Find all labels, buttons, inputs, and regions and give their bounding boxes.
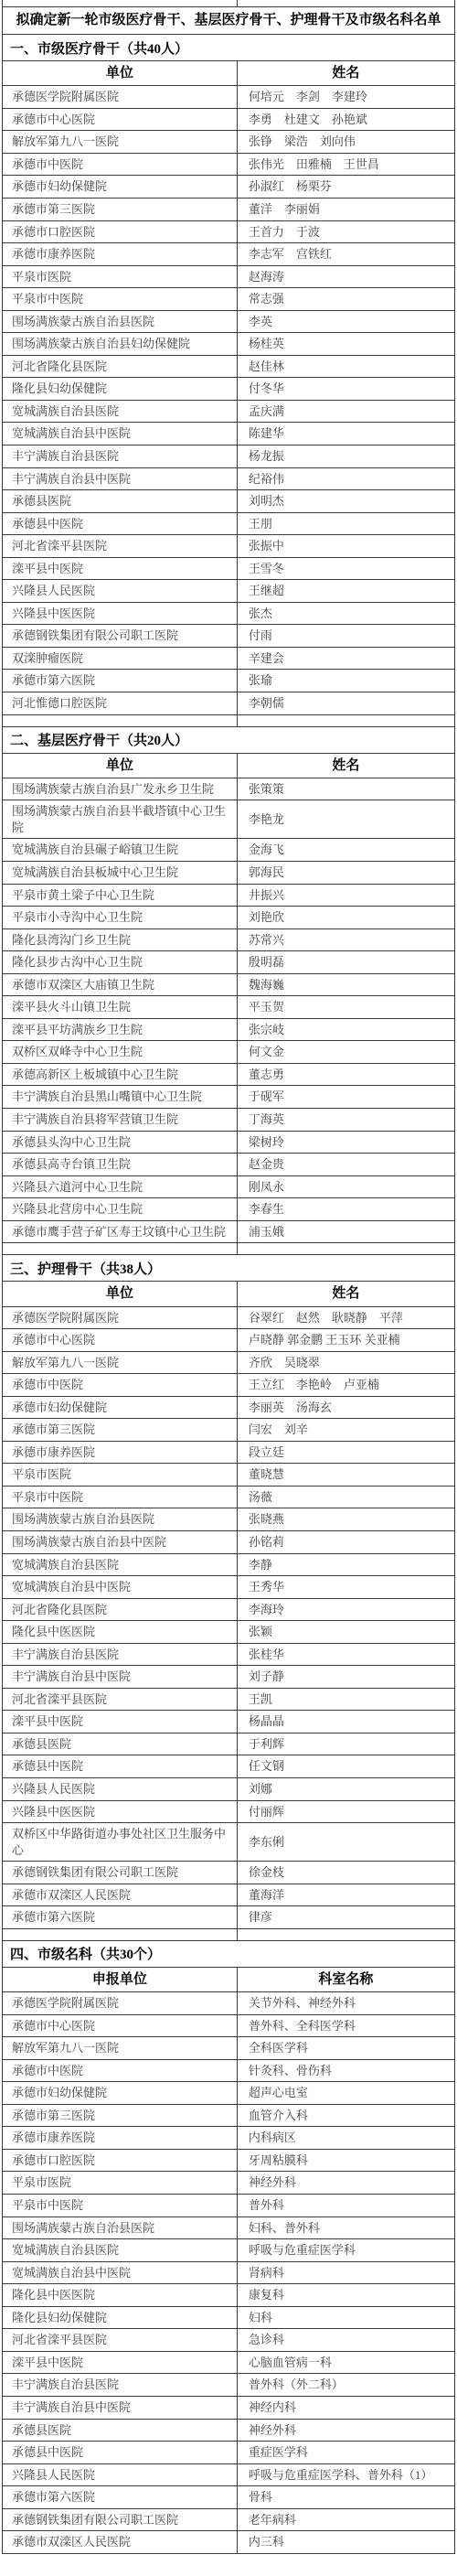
table-row: 丰宁满族自治县医院杨龙振 <box>3 445 454 468</box>
name-cell: 急诊科 <box>238 2329 454 2351</box>
unit-cell: 河北省隆化县医院 <box>3 1599 238 1621</box>
name-cell: 张桂华 <box>238 1644 454 1666</box>
unit-cell: 宽城满族自治县中医院 <box>3 2262 238 2284</box>
unit-cell: 滦平县中医院 <box>3 558 238 580</box>
table-row: 河北惟德口腔医院李朝儒 <box>3 692 454 715</box>
table-row: 围场满族蒙古族自治县医院李英 <box>3 311 454 334</box>
unit-column-header: 申报单位 <box>3 1968 238 1991</box>
unit-cell: 宽城满族自治县医院 <box>3 401 238 423</box>
spacer-name-cell <box>238 1243 454 1254</box>
name-cell: 梁树玲 <box>238 1132 454 1154</box>
unit-cell: 隆化县湾沟门乡卫生院 <box>3 929 238 951</box>
unit-cell: 承德市鹰手营子矿区寿王坟镇中心卫生院 <box>3 1221 238 1243</box>
unit-cell: 承德市中医院 <box>3 1374 238 1396</box>
unit-cell: 承德市双滦区大庙镇卫生院 <box>3 974 238 996</box>
table-row: 承德市中医院王立红 李艳岭 卢亚楠 <box>3 1374 454 1397</box>
name-cell: 任文钢 <box>238 1755 454 1777</box>
unit-cell: 围场满族蒙古族自治县中医院 <box>3 1531 238 1553</box>
table-row: 平泉市黄土梁子中心卫生院井振兴 <box>3 885 454 907</box>
name-cell: 孙铭莉 <box>238 1531 454 1553</box>
unit-cell: 隆化县中医医院 <box>3 2284 238 2306</box>
name-cell: 心脑血管病一科 <box>238 2352 454 2374</box>
name-cell: 汤薇 <box>238 1487 454 1508</box>
table-row: 双桥区双峰寺中心卫生院何文金 <box>3 1041 454 1064</box>
name-cell: 重症医学科 <box>238 2442 454 2463</box>
name-cell: 卢晓静 郭金鹏 王玉环 关亚楠 <box>238 1329 454 1351</box>
unit-cell: 平泉市医院 <box>3 2172 238 2194</box>
section-heading-label: 四、市级名科（共30个） <box>3 1941 161 1966</box>
unit-cell: 丰宁满族自治县将军营镇卫生院 <box>3 1109 238 1131</box>
name-cell: 针灸科、骨伤科 <box>238 2060 454 2082</box>
unit-cell: 河北省滦平县医院 <box>3 2329 238 2351</box>
table-row: 承德县中医院任文钢 <box>3 1755 454 1778</box>
table-row: 承德市中医院张伟光 田雅楠 王世昌 <box>3 154 454 177</box>
name-cell: 张杰 <box>238 603 454 625</box>
table-row: 围场满族蒙古族自治县半截塔镇中心卫生 院李艳龙 <box>3 800 454 839</box>
unit-cell: 承德县中医院 <box>3 1755 238 1777</box>
unit-cell: 承德县医院 <box>3 2420 238 2442</box>
unit-cell: 宽城满族自治县医院 <box>3 1554 238 1576</box>
spacer-row <box>3 1929 454 1941</box>
column-header-row: 申报单位科室名称 <box>3 1968 454 1992</box>
unit-cell: 围场满族蒙古族自治县妇幼保健院 <box>3 333 238 355</box>
name-cell: 徐金枝 <box>238 1862 454 1884</box>
table-row: 河北省滦平县医院王凯 <box>3 1689 454 1712</box>
unit-cell: 丰宁满族自治县中医院 <box>3 2397 238 2419</box>
unit-cell: 河北省滦平县医院 <box>3 1689 238 1711</box>
table-row: 隆化县湾沟门乡卫生院苏常兴 <box>3 929 454 952</box>
unit-cell: 隆化县步古沟中心卫生院 <box>3 951 238 973</box>
table-row: 承德县中医院重症医学科 <box>3 2442 454 2464</box>
name-cell: 段立廷 <box>238 1442 454 1464</box>
unit-cell: 滦平县中医院 <box>3 1711 238 1733</box>
section-heading-label: 二、基层医疗骨干（共20人） <box>3 727 188 752</box>
unit-cell: 承德医学院附属医院 <box>3 1992 238 2014</box>
name-cell: 张宗岐 <box>238 1019 454 1041</box>
name-cell: 刘明杰 <box>238 490 454 512</box>
sections-container: 一、市级医疗骨干（共40人）单位姓名承德医学院附属医院何培元 李剑 李建玲承德市… <box>3 35 454 2554</box>
name-cell: 张振中 <box>238 535 454 557</box>
unit-column-header: 单位 <box>3 1282 238 1305</box>
name-cell: 王立红 李艳岭 卢亚楠 <box>238 1374 454 1396</box>
name-cell: 内科病区 <box>238 2127 454 2149</box>
table-row: 宽城满族自治县医院呼吸与危重症医学科 <box>3 2239 454 2262</box>
unit-cell: 承德市口腔医院 <box>3 2150 238 2172</box>
table-row: 双滦肿瘤医院辛建会 <box>3 648 454 671</box>
unit-cell: 围场满族蒙古族自治县半截塔镇中心卫生 院 <box>3 800 238 838</box>
name-cell: 赵海涛 <box>238 266 454 288</box>
unit-cell: 兴隆县人民医院 <box>3 2464 238 2486</box>
name-cell: 杨桂英 <box>238 333 454 355</box>
unit-cell: 承德县中医院 <box>3 2442 238 2463</box>
table-row: 平泉市中医院普外科 <box>3 2195 454 2217</box>
name-cell: 张颖 <box>238 1621 454 1643</box>
name-cell: 刚凤永 <box>238 1176 454 1198</box>
name-cell: 律彦 <box>238 1906 454 1928</box>
name-cell: 王秀华 <box>238 1576 454 1598</box>
table-row: 承德市中心医院普外科、全科医学科 <box>3 2015 454 2038</box>
name-cell: 赵金贵 <box>238 1154 454 1175</box>
table-row: 兴隆县人民医院王继超 <box>3 580 454 603</box>
table-row: 承德县头沟中心卫生院梁树玲 <box>3 1132 454 1154</box>
table-row: 承德市妇幼保健院孙淑红 杨栗芬 <box>3 176 454 199</box>
name-cell: 付雨 <box>238 625 454 647</box>
document-table: 拟确定新一轮市级医疗骨干、基层医疗骨干、护理骨干及市级名科名单 一、市级医疗骨干… <box>2 0 455 2554</box>
unit-cell: 承德市第三医院 <box>3 199 238 220</box>
name-cell: 闫宏 刘辛 <box>238 1419 454 1441</box>
unit-cell: 承德钢铁集团有限公司职工医院 <box>3 625 238 647</box>
table-row: 承德县医院神经外科 <box>3 2420 454 2442</box>
name-cell: 纪裕伟 <box>238 468 454 490</box>
name-cell: 李丽英 汤海玄 <box>238 1397 454 1419</box>
unit-cell: 河北省隆化县医院 <box>3 356 238 378</box>
unit-cell: 宽城满族自治县板城中心卫生院 <box>3 862 238 884</box>
unit-cell: 平泉市小寺沟中心卫生院 <box>3 907 238 928</box>
table-row: 河北省隆化县医院李海玲 <box>3 1599 454 1622</box>
unit-cell: 承德市中心医院 <box>3 109 238 131</box>
name-cell: 张晓燕 <box>238 1508 454 1530</box>
name-cell: 齐欣 吴晓翠 <box>238 1352 454 1374</box>
unit-cell: 承德市康养医院 <box>3 243 238 265</box>
table-row: 宽城满族自治县碾子峪镇卫生院金海飞 <box>3 839 454 862</box>
unit-cell: 承德市第三医院 <box>3 2105 238 2127</box>
name-cell: 骨科 <box>238 2486 454 2508</box>
name-cell: 王雪冬 <box>238 558 454 580</box>
unit-cell: 承德市康养医院 <box>3 2127 238 2149</box>
unit-cell: 承德钢铁集团有限公司职工医院 <box>3 2509 238 2531</box>
name-cell: 丁海英 <box>238 1109 454 1131</box>
table-row: 隆化县妇幼保健院妇科 <box>3 2307 454 2330</box>
unit-cell: 兴隆县人民医院 <box>3 1778 238 1800</box>
table-row: 丰宁满族自治县中医院刘子静 <box>3 1666 454 1689</box>
name-cell: 康复科 <box>238 2284 454 2306</box>
name-cell: 常志强 <box>238 288 454 310</box>
name-cell: 殷明磊 <box>238 951 454 973</box>
spacer-row <box>3 715 454 727</box>
table-row: 宽城满族自治县中医院王秀华 <box>3 1576 454 1599</box>
table-row: 宽城满族自治县中医院肾病科 <box>3 2262 454 2285</box>
table-row: 承德县医院于利辉 <box>3 1733 454 1756</box>
name-cell: 陈建华 <box>238 423 454 445</box>
table-row: 承德县医院刘明杰 <box>3 490 454 513</box>
name-cell: 刘子静 <box>238 1666 454 1688</box>
table-row: 平泉市中医院汤薇 <box>3 1487 454 1509</box>
name-cell: 刘娜 <box>238 1778 454 1800</box>
table-row: 平泉市医院赵海涛 <box>3 266 454 289</box>
name-cell: 李春生 <box>238 1198 454 1220</box>
table-row: 解放军第九八一医院张铮 梁浩 刘向伟 <box>3 131 454 154</box>
name-cell: 赵佳林 <box>238 356 454 378</box>
name-cell: 刘艳欣 <box>238 907 454 928</box>
unit-cell: 双滦肿瘤医院 <box>3 648 238 670</box>
table-row: 承德市鹰手营子矿区寿王坟镇中心卫生院浦玉娥 <box>3 1221 454 1244</box>
unit-cell: 承德市中心医院 <box>3 1329 238 1351</box>
name-cell: 于利辉 <box>238 1733 454 1755</box>
name-cell: 董志勇 <box>238 1064 454 1086</box>
table-row: 承德市康养医院李志军 宫铁红 <box>3 243 454 266</box>
section-heading-label: 一、市级医疗骨干（共40人） <box>3 36 188 60</box>
table-row: 承德市康养医院段立廷 <box>3 1442 454 1465</box>
unit-cell: 承德县高寺台镇卫生院 <box>3 1154 238 1175</box>
unit-column-header: 单位 <box>3 61 238 85</box>
name-cell: 肾病科 <box>238 2262 454 2284</box>
unit-cell: 丰宁满族自治县中医院 <box>3 468 238 490</box>
table-row: 承德医学院附属医院何培元 李剑 李建玲 <box>3 86 454 109</box>
unit-cell: 承德医学院附属医院 <box>3 86 238 108</box>
table-row: 宽城满族自治县医院孟庆满 <box>3 401 454 424</box>
name-cell: 张策策 <box>238 778 454 800</box>
table-row: 解放军第九八一医院全科医学科 <box>3 2037 454 2060</box>
unit-cell: 承德医学院附属医院 <box>3 1307 238 1329</box>
name-cell: 付冬华 <box>238 378 454 400</box>
unit-cell: 承德市双滦区人民医院 <box>3 2531 238 2553</box>
unit-cell: 解放军第九八一医院 <box>3 1352 238 1374</box>
section-heading: 一、市级医疗骨干（共40人） <box>3 35 454 61</box>
name-cell: 普外科（外二科） <box>238 2374 454 2396</box>
unit-cell: 围场满族蒙古族自治县医院 <box>3 311 238 333</box>
table-row: 兴隆县六道河中心卫生院刚凤永 <box>3 1176 454 1199</box>
unit-cell: 平泉市中医院 <box>3 1487 238 1508</box>
table-row: 平泉市中医院常志强 <box>3 288 454 311</box>
name-cell: 普外科 <box>238 2195 454 2216</box>
title-row: 拟确定新一轮市级医疗骨干、基层医疗骨干、护理骨干及市级名科名单 <box>3 7 454 35</box>
unit-cell: 隆化县中医医院 <box>3 1621 238 1643</box>
table-row: 滦平县中医院心脑血管病一科 <box>3 2352 454 2375</box>
table-row: 承德钢铁集团有限公司职工医院付雨 <box>3 625 454 648</box>
table-row: 丰宁满族自治县中医院神经内科 <box>3 2397 454 2420</box>
table-row: 丰宁满族自治县中医院纪裕伟 <box>3 468 454 491</box>
table-row: 兴隆县中医医院张杰 <box>3 603 454 626</box>
unit-cell: 承德市妇幼保健院 <box>3 1397 238 1419</box>
unit-cell: 兴隆县中医医院 <box>3 1801 238 1823</box>
name-cell: 全科医学科 <box>238 2037 454 2059</box>
name-cell: 超声心电室 <box>238 2082 454 2104</box>
unit-cell: 承德市中心医院 <box>3 2015 238 2037</box>
unit-cell: 兴隆县人民医院 <box>3 580 238 602</box>
table-row: 承德市双滦区人民医院内三科 <box>3 2531 454 2554</box>
name-cell: 关节外科、神经外科 <box>238 1992 454 2014</box>
unit-cell: 承德钢铁集团有限公司职工医院 <box>3 1862 238 1884</box>
spacer-name-cell <box>238 715 454 726</box>
name-cell: 张伟光 田雅楠 王世昌 <box>238 154 454 176</box>
table-row: 隆化县步古沟中心卫生院殷明磊 <box>3 951 454 974</box>
name-cell: 李东俐 <box>238 1823 454 1861</box>
name-cell: 张铮 梁浩 刘向伟 <box>238 131 454 153</box>
name-cell: 妇科、普外科 <box>238 2217 454 2239</box>
unit-cell: 承德市第六医院 <box>3 2486 238 2508</box>
name-cell: 杨龙振 <box>238 445 454 467</box>
name-cell: 王首力 于波 <box>238 221 454 243</box>
table-row: 宽城满族自治县医院李静 <box>3 1554 454 1577</box>
unit-cell: 承德县头沟中心卫生院 <box>3 1132 238 1154</box>
column-header-row: 单位姓名 <box>3 1282 454 1306</box>
table-row: 解放军第九八一医院齐欣 吴晓翠 <box>3 1352 454 1375</box>
unit-cell: 围场满族蒙古族自治县医院 <box>3 2217 238 2239</box>
name-cell: 李勇 杜建文 孙艳斌 <box>238 109 454 131</box>
table-row: 承德钢铁集团有限公司职工医院老年病科 <box>3 2509 454 2532</box>
name-cell: 苏常兴 <box>238 929 454 951</box>
unit-cell: 平泉市医院 <box>3 266 238 288</box>
unit-cell: 解放军第九八一医院 <box>3 2037 238 2059</box>
unit-cell: 承德市中医院 <box>3 2060 238 2082</box>
name-cell: 郭海民 <box>238 862 454 884</box>
name-cell: 李英 <box>238 311 454 333</box>
name-cell: 平玉贺 <box>238 996 454 1018</box>
name-cell: 杨晶晶 <box>238 1711 454 1733</box>
spacer-name-cell <box>238 1929 454 1940</box>
name-cell: 孙淑红 杨栗芬 <box>238 176 454 198</box>
table-row: 丰宁满族自治县医院张桂华 <box>3 1644 454 1667</box>
name-cell: 金海飞 <box>238 839 454 861</box>
table-row: 平泉市医院神经外科 <box>3 2172 454 2195</box>
table-row: 承德市中心医院李勇 杜建文 孙艳斌 <box>3 109 454 132</box>
table-row: 承德市第六医院张瑜 <box>3 670 454 692</box>
name-cell: 何文金 <box>238 1041 454 1063</box>
unit-cell: 隆化县妇幼保健院 <box>3 378 238 400</box>
unit-cell: 平泉市医院 <box>3 1464 238 1486</box>
table-row: 河北省滦平县医院张振中 <box>3 535 454 558</box>
unit-cell: 承德县医院 <box>3 490 238 512</box>
name-column-header: 科室名称 <box>238 1968 454 1991</box>
table-row: 兴隆县北营房中心卫生院李春生 <box>3 1198 454 1221</box>
unit-column-header: 单位 <box>3 754 238 778</box>
table-row: 承德市第六医院律彦 <box>3 1906 454 1929</box>
table-row: 围场满族蒙古族自治县医院妇科、普外科 <box>3 2217 454 2240</box>
unit-cell: 兴隆县中医医院 <box>3 603 238 625</box>
table-row: 丰宁满族自治县将军营镇卫生院丁海英 <box>3 1109 454 1132</box>
table-row: 隆化县中医医院张颖 <box>3 1621 454 1644</box>
spacer-unit-cell <box>3 715 238 726</box>
name-cell: 牙周粘膜科 <box>238 2150 454 2172</box>
unit-cell: 兴隆县北营房中心卫生院 <box>3 1198 238 1220</box>
table-row: 承德市妇幼保健院李丽英 汤海玄 <box>3 1397 454 1420</box>
section-heading: 四、市级名科（共30个） <box>3 1941 454 1968</box>
table-row: 河北省隆化县医院赵佳林 <box>3 356 454 379</box>
unit-cell: 承德市妇幼保健院 <box>3 2082 238 2104</box>
name-cell: 于砚军 <box>238 1086 454 1108</box>
unit-cell: 承德市口腔医院 <box>3 221 238 243</box>
name-column-header: 姓名 <box>238 61 454 85</box>
name-cell: 浦玉娥 <box>238 1221 454 1243</box>
table-top-partial-row <box>3 0 454 7</box>
table-row: 滦平县火斗山镇卫生院平玉贺 <box>3 996 454 1019</box>
unit-cell: 承德县中医院 <box>3 513 238 535</box>
name-cell: 李静 <box>238 1554 454 1576</box>
unit-cell: 双桥区双峰寺中心卫生院 <box>3 1041 238 1063</box>
table-row: 平泉市小寺沟中心卫生院刘艳欣 <box>3 907 454 929</box>
unit-cell: 承德市第六医院 <box>3 1906 238 1928</box>
section-heading-label: 三、护理骨干（共38人） <box>3 1256 161 1281</box>
name-cell: 张瑜 <box>238 670 454 692</box>
unit-cell: 丰宁满族自治县医院 <box>3 2374 238 2396</box>
partial-unit-cell <box>3 0 238 6</box>
name-cell: 内三科 <box>238 2531 454 2553</box>
table-row: 承德医学院附属医院关节外科、神经外科 <box>3 1992 454 2015</box>
name-cell: 谷翠红 赵然 耿晓静 平萍 <box>238 1307 454 1329</box>
name-cell: 魏海巍 <box>238 974 454 996</box>
table-row: 承德市第六医院骨科 <box>3 2486 454 2509</box>
table-row: 兴隆县中医医院付丽辉 <box>3 1801 454 1824</box>
name-cell: 老年病科 <box>238 2509 454 2531</box>
unit-cell: 宽城满族自治县中医院 <box>3 1576 238 1598</box>
table-row: 承德市第三医院闫宏 刘辛 <box>3 1419 454 1442</box>
name-cell: 孟庆满 <box>238 401 454 423</box>
unit-cell: 承德市双滦区人民医院 <box>3 1884 238 1906</box>
table-row: 兴隆县人民医院呼吸与危重症医学科、普外科（1） <box>3 2464 454 2487</box>
name-cell: 李志军 宫铁红 <box>238 243 454 265</box>
table-row: 围场满族蒙古族自治县中医院孙铭莉 <box>3 1531 454 1554</box>
name-cell: 辛建会 <box>238 648 454 670</box>
table-row: 双桥区中华路街道办事处社区卫生服务中 心李东俐 <box>3 1823 454 1862</box>
unit-cell: 承德高新区上板城镇中心卫生院 <box>3 1064 238 1086</box>
table-row: 承德高新区上板城镇中心卫生院董志勇 <box>3 1064 454 1087</box>
name-cell: 何培元 李剑 李建玲 <box>238 86 454 108</box>
name-cell: 董晓慧 <box>238 1464 454 1486</box>
unit-cell: 平泉市中医院 <box>3 288 238 310</box>
unit-cell: 兴隆县六道河中心卫生院 <box>3 1176 238 1198</box>
unit-cell: 河北惟德口腔医院 <box>3 692 238 714</box>
table-row: 围场满族蒙古族自治县医院张晓燕 <box>3 1508 454 1531</box>
unit-cell: 河北省滦平县医院 <box>3 535 238 557</box>
name-column-header: 姓名 <box>238 1282 454 1305</box>
name-cell: 王继超 <box>238 580 454 602</box>
name-cell: 普外科、全科医学科 <box>238 2015 454 2037</box>
unit-cell: 隆化县妇幼保健院 <box>3 2307 238 2329</box>
name-cell: 李朝儒 <box>238 692 454 714</box>
table-row: 承德市口腔医院王首力 于波 <box>3 221 454 244</box>
name-cell: 王凯 <box>238 1689 454 1711</box>
table-row: 承德县中医院王朋 <box>3 513 454 536</box>
table-row: 丰宁满族自治县黑山嘴镇中心卫生院于砚军 <box>3 1086 454 1109</box>
name-cell: 血管介入科 <box>238 2105 454 2127</box>
name-cell: 呼吸与危重症医学科 <box>238 2239 454 2261</box>
name-cell: 神经外科 <box>238 2420 454 2442</box>
table-row: 兴隆县人民医院刘娜 <box>3 1778 454 1801</box>
table-row: 承德医学院附属医院谷翠红 赵然 耿晓静 平萍 <box>3 1307 454 1330</box>
unit-cell: 丰宁满族自治县医院 <box>3 1644 238 1666</box>
table-row: 承德市中心医院卢晓静 郭金鹏 王玉环 关亚楠 <box>3 1329 454 1352</box>
unit-cell: 丰宁满族自治县中医院 <box>3 1666 238 1688</box>
table-row: 滦平县中医院杨晶晶 <box>3 1711 454 1733</box>
table-row: 隆化县妇幼保健院付冬华 <box>3 378 454 401</box>
table-row: 承德市双滦区大庙镇卫生院魏海巍 <box>3 974 454 997</box>
table-row: 承德市双滦区人民医院董海洋 <box>3 1884 454 1907</box>
table-row: 承德市口腔医院牙周粘膜科 <box>3 2150 454 2173</box>
unit-cell: 宽城满族自治县医院 <box>3 2239 238 2261</box>
unit-cell: 丰宁满族自治县医院 <box>3 445 238 467</box>
table-row: 承德市第三医院董洋 李丽娟 <box>3 199 454 221</box>
table-row: 河北省滦平县医院急诊科 <box>3 2329 454 2352</box>
name-column-header: 姓名 <box>238 754 454 778</box>
spacer-row <box>3 1243 454 1255</box>
unit-cell: 平泉市黄土梁子中心卫生院 <box>3 885 238 907</box>
table-row: 隆化县中医医院康复科 <box>3 2284 454 2307</box>
unit-cell: 解放军第九八一医院 <box>3 131 238 153</box>
name-cell: 井振兴 <box>238 885 454 907</box>
table-row: 围场满族蒙古族自治县妇幼保健院杨桂英 <box>3 333 454 356</box>
column-header-row: 单位姓名 <box>3 754 454 778</box>
unit-cell: 围场满族蒙古族自治县广发永乡卫生院 <box>3 778 238 800</box>
spacer-unit-cell <box>3 1243 238 1254</box>
unit-cell: 承德县医院 <box>3 1733 238 1755</box>
unit-cell: 承德市第六医院 <box>3 670 238 692</box>
name-cell: 王朋 <box>238 513 454 535</box>
table-row: 围场满族蒙古族自治县广发永乡卫生院张策策 <box>3 778 454 801</box>
unit-cell: 宽城满族自治县中医院 <box>3 423 238 445</box>
name-cell: 李海玲 <box>238 1599 454 1621</box>
name-cell: 神经外科 <box>238 2172 454 2194</box>
name-cell: 神经内科 <box>238 2397 454 2419</box>
